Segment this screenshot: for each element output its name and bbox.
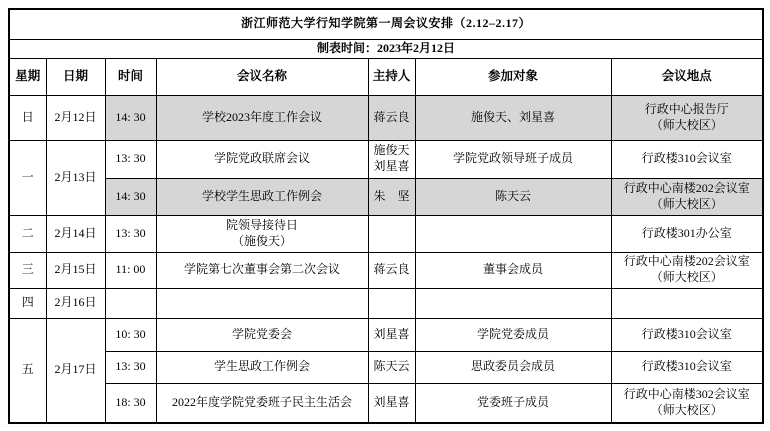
participants-cell: 学院党政领导班子成员 — [415, 140, 611, 178]
timestamp-label: 制表时间：2023年2月12日 — [9, 39, 763, 58]
week-cell: 一 — [9, 140, 46, 215]
location-cell: 行政中心南楼202会议室 （师大校区） — [611, 252, 763, 288]
date-cell: 2月12日 — [46, 95, 105, 140]
location-cell: 行政中心南楼202会议室 （师大校区） — [611, 178, 763, 215]
location-cell: 行政中心南楼302会议室 （师大校区） — [611, 383, 763, 423]
time-cell: 14: 30 — [105, 178, 156, 215]
column-header: 主持人 — [368, 58, 415, 95]
host-cell: 刘星喜 — [368, 318, 415, 351]
column-header: 时间 — [105, 58, 156, 95]
schedule-row: 二2月14日13: 30院领导接待日 （施俊天）行政楼301办公室 — [9, 215, 763, 252]
location-cell — [611, 288, 763, 318]
week-cell: 五 — [9, 318, 46, 423]
meeting-name-cell — [156, 288, 368, 318]
week-cell: 三 — [9, 252, 46, 288]
time-cell: 13: 30 — [105, 215, 156, 252]
host-cell — [368, 215, 415, 252]
host-cell: 朱 坚 — [368, 178, 415, 215]
schedule-row: 13: 30学生思政工作例会陈天云思政委员会成员行政楼310会议室 — [9, 351, 763, 383]
column-header: 参加对象 — [415, 58, 611, 95]
participants-cell: 陈天云 — [415, 178, 611, 215]
time-cell: 13: 30 — [105, 140, 156, 178]
schedule-row: 四2月16日 — [9, 288, 763, 318]
schedule-row: 14: 30学校学生思政工作例会朱 坚陈天云行政中心南楼202会议室 （师大校区… — [9, 178, 763, 215]
host-cell: 刘星喜 — [368, 383, 415, 423]
meeting-name-cell: 院领导接待日 （施俊天） — [156, 215, 368, 252]
title-row: 浙江师范大学行知学院第一周会议安排（2.12–2.17） — [9, 9, 763, 39]
time-cell: 13: 30 — [105, 351, 156, 383]
participants-cell: 董事会成员 — [415, 252, 611, 288]
time-cell: 14: 30 — [105, 95, 156, 140]
week-cell: 二 — [9, 215, 46, 252]
participants-cell — [415, 288, 611, 318]
schedule-row: 一2月13日13: 30学院党政联席会议施俊天 刘星喜学院党政领导班子成员行政楼… — [9, 140, 763, 178]
host-cell: 施俊天 刘星喜 — [368, 140, 415, 178]
date-cell: 2月14日 — [46, 215, 105, 252]
column-header: 星期 — [9, 58, 46, 95]
schedule-body: 日2月12日14: 30学校2023年度工作会议蒋云良施俊天、刘星喜行政中心报告… — [9, 95, 763, 423]
participants-cell: 思政委员会成员 — [415, 351, 611, 383]
host-cell: 蒋云良 — [368, 95, 415, 140]
column-header: 会议地点 — [611, 58, 763, 95]
location-cell: 行政中心报告厅 （师大校区） — [611, 95, 763, 140]
document-sheet: 浙江师范大学行知学院第一周会议安排（2.12–2.17） 制表时间：2023年2… — [0, 0, 770, 431]
schedule-row: 18: 302022年度学院党委班子民主生活会刘星喜党委班子成员行政中心南楼30… — [9, 383, 763, 423]
timestamp-row: 制表时间：2023年2月12日 — [9, 39, 763, 58]
date-cell: 2月13日 — [46, 140, 105, 215]
location-cell: 行政楼301办公室 — [611, 215, 763, 252]
meeting-name-cell: 学院第七次董事会第二次会议 — [156, 252, 368, 288]
host-cell: 蒋云良 — [368, 252, 415, 288]
week-cell: 四 — [9, 288, 46, 318]
time-cell: 10: 30 — [105, 318, 156, 351]
host-cell: 陈天云 — [368, 351, 415, 383]
location-cell: 行政楼310会议室 — [611, 140, 763, 178]
location-cell: 行政楼310会议室 — [611, 351, 763, 383]
meeting-name-cell: 学院党委会 — [156, 318, 368, 351]
meeting-name-cell: 学校学生思政工作例会 — [156, 178, 368, 215]
participants-cell: 党委班子成员 — [415, 383, 611, 423]
column-header-row: 星期日期时间会议名称主持人参加对象会议地点 — [9, 58, 763, 95]
schedule-row: 五2月17日10: 30学院党委会刘星喜学院党委成员行政楼310会议室 — [9, 318, 763, 351]
page-title: 浙江师范大学行知学院第一周会议安排（2.12–2.17） — [9, 9, 763, 39]
schedule-row: 日2月12日14: 30学校2023年度工作会议蒋云良施俊天、刘星喜行政中心报告… — [9, 95, 763, 140]
time-cell: 18: 30 — [105, 383, 156, 423]
week-cell: 日 — [9, 95, 46, 140]
meeting-schedule-table: 浙江师范大学行知学院第一周会议安排（2.12–2.17） 制表时间：2023年2… — [8, 8, 764, 424]
column-header: 日期 — [46, 58, 105, 95]
date-cell: 2月17日 — [46, 318, 105, 423]
meeting-name-cell: 学校2023年度工作会议 — [156, 95, 368, 140]
participants-cell — [415, 215, 611, 252]
meeting-name-cell: 学生思政工作例会 — [156, 351, 368, 383]
column-header: 会议名称 — [156, 58, 368, 95]
date-cell: 2月15日 — [46, 252, 105, 288]
time-cell — [105, 288, 156, 318]
date-cell: 2月16日 — [46, 288, 105, 318]
participants-cell: 学院党委成员 — [415, 318, 611, 351]
location-cell: 行政楼310会议室 — [611, 318, 763, 351]
host-cell — [368, 288, 415, 318]
time-cell: 11: 00 — [105, 252, 156, 288]
participants-cell: 施俊天、刘星喜 — [415, 95, 611, 140]
meeting-name-cell: 学院党政联席会议 — [156, 140, 368, 178]
meeting-name-cell: 2022年度学院党委班子民主生活会 — [156, 383, 368, 423]
schedule-row: 三2月15日11: 00学院第七次董事会第二次会议蒋云良董事会成员行政中心南楼2… — [9, 252, 763, 288]
